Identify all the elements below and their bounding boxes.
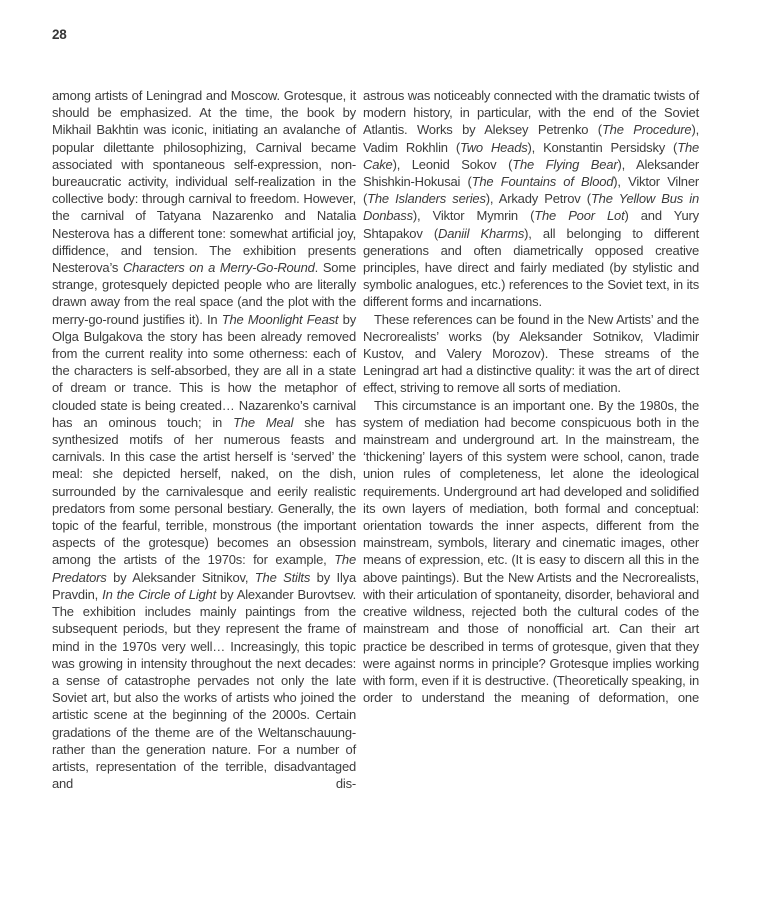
paragraph: These references can be found in the New… xyxy=(363,311,699,397)
paragraph: This circumstance is an important one. B… xyxy=(363,397,699,707)
paragraph: among artists of Leningrad and Moscow. G… xyxy=(52,87,356,792)
paragraph: astrous was noticeably connected with th… xyxy=(363,87,699,311)
page-number: 28 xyxy=(52,27,67,42)
right-column: astrous was noticeably connected with th… xyxy=(363,87,699,706)
text-columns: among artists of Leningrad and Moscow. G… xyxy=(52,87,699,792)
left-column: among artists of Leningrad and Moscow. G… xyxy=(52,87,356,792)
document-page: 28 among artists of Leningrad and Moscow… xyxy=(0,0,759,900)
